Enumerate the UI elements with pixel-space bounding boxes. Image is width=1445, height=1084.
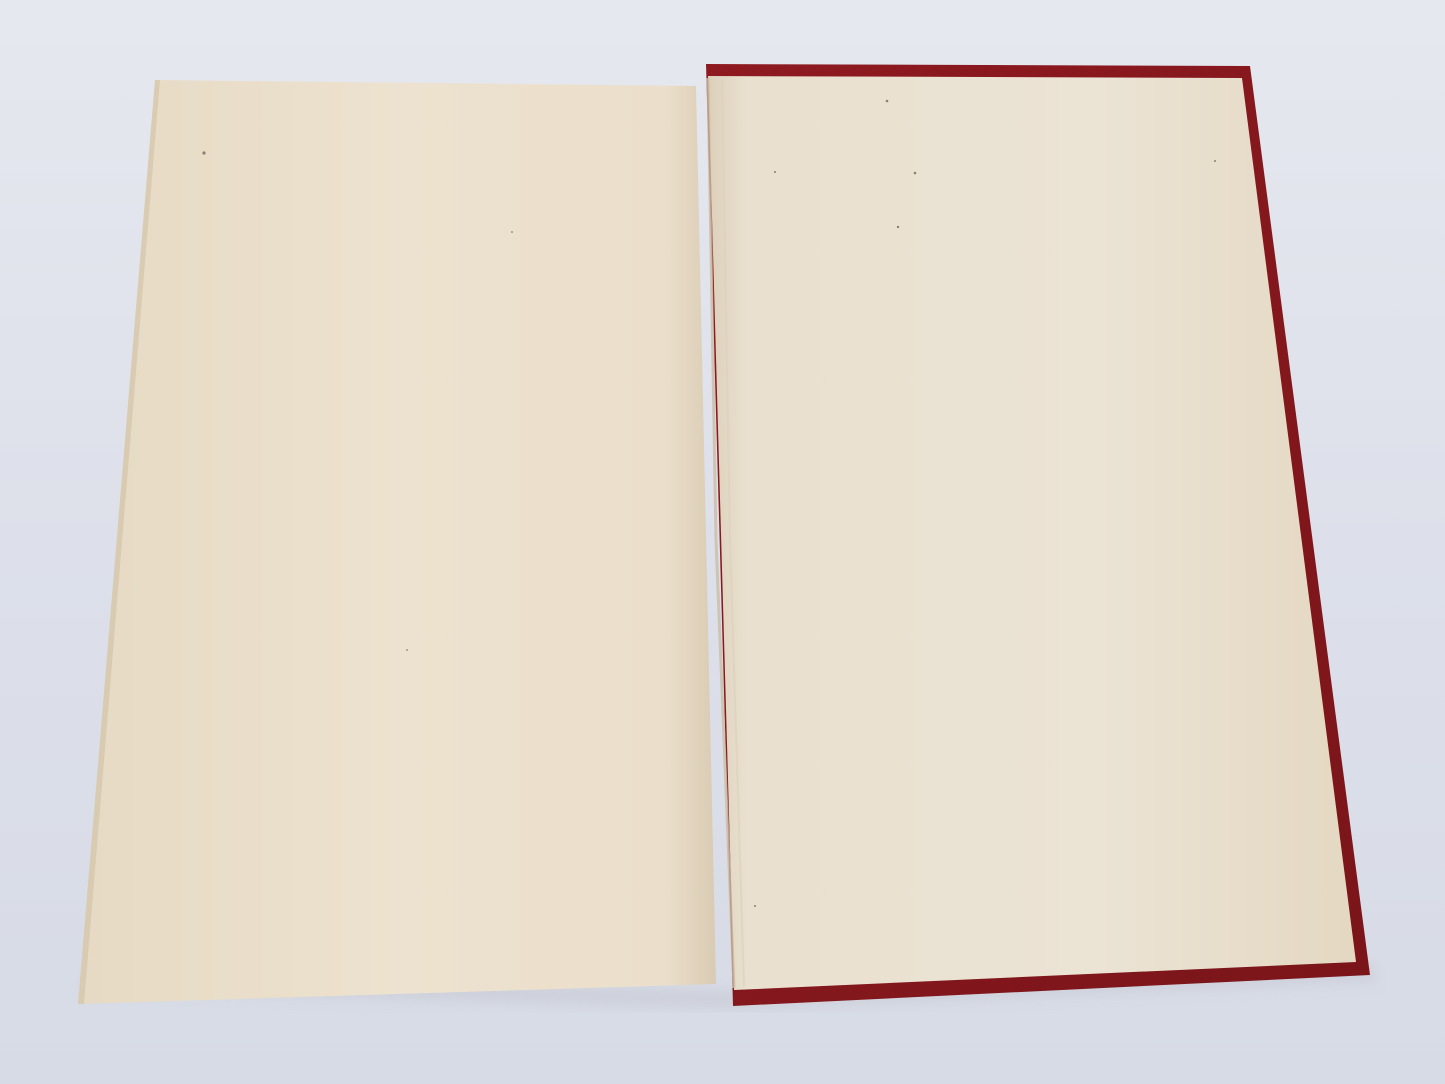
left-endpaper <box>78 80 716 1004</box>
photo-scene <box>0 0 1445 1084</box>
open-book-illustration <box>0 0 1445 1084</box>
right-pastedown <box>708 76 1356 990</box>
